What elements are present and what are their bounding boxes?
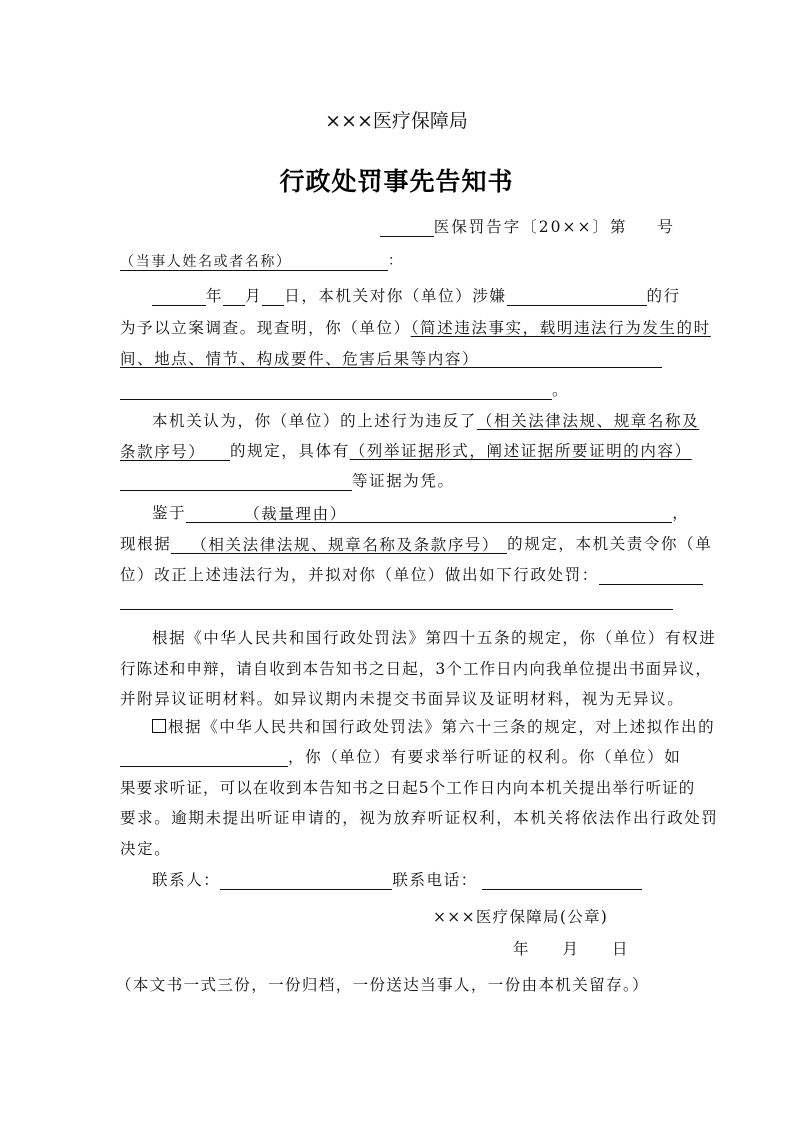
facts-hint[interactable]: （简述违法事实，载明违法行为发生的时 — [411, 319, 711, 337]
para3-line4 — [120, 590, 675, 610]
para4-text2: 行陈述和申辩，请自收到本告知书之日起，3个工作日内向我单位提出书面异议， — [120, 660, 712, 678]
para5-line1: 根据《中华人民共和国行政处罚法》第六十三条的规定，对上述拟作出的 — [120, 717, 675, 737]
doc-number-text: 医保罚告字〔20××〕第 — [434, 218, 628, 236]
penalty-field[interactable] — [599, 567, 703, 585]
para4-text3: 并附异议证明材料。如异议期内未提交书面异议及证明材料，视为无异议。 — [120, 690, 684, 708]
para4-line2: 行陈述和申辩，请自收到本告知书之日起，3个工作日内向我单位提出书面异议， — [120, 659, 675, 679]
para2-end: 等证据为凭。 — [352, 472, 455, 490]
document-number-line: 医保罚告字〔20××〕第号 — [120, 217, 675, 237]
para1-end: 的行 — [647, 287, 681, 305]
signature-date: 年月日 — [513, 937, 628, 959]
para1-line4: 。 — [120, 380, 675, 400]
proposed-penalty-field[interactable] — [120, 749, 288, 767]
addressee-placeholder: （当事人姓名或者名称） — [120, 254, 292, 270]
legal-basis-field[interactable]: （相关法律法规、规章名称及条款序号） — [171, 535, 507, 554]
discretion-reason-field[interactable]: （裁量理由） — [186, 504, 672, 523]
para5-line3: 果要求听证，可以在收到本告知书之日起5个工作日内向本机关提出举行听证的 — [120, 778, 675, 798]
filing-day-blank[interactable] — [262, 288, 284, 306]
para2-line2: 条款序号）的规定，具体有（列举证据形式，阐述证据所要证明的内容） — [120, 441, 675, 461]
para1-line3: 间、地点、情节、构成要件、危害后果等内容） — [120, 348, 675, 368]
discretion-reason-hint: （裁量理由） — [244, 505, 347, 523]
facts-hint-cont: 间、地点、情节、构成要件、危害后果等内容） — [120, 350, 479, 368]
para5-line2: ，你（单位）有要求举行听证的权利。你（单位）如 — [120, 747, 675, 767]
para3-line1: 鉴于（裁量理由）， — [120, 503, 675, 523]
year-label: 年 — [206, 287, 223, 305]
facts-field-line3[interactable]: 间、地点、情节、构成要件、危害后果等内容） — [120, 349, 662, 368]
para4-text1: 根据《中华人民共和国行政处罚法》第四十五条的规定，你（单位）有权进 — [152, 629, 716, 647]
addressee-field[interactable]: （当事人姓名或者名称） — [120, 252, 388, 271]
para4-line1: 根据《中华人民共和国行政处罚法》第四十五条的规定，你（单位）有权进 — [120, 628, 675, 648]
doc-number-prefix-blank[interactable] — [380, 219, 434, 237]
para2-line1: 本机关认为，你（单位）的上述行为违反了（相关法律法规、规章名称及 — [120, 411, 675, 431]
contact-person-label: 联系人： — [152, 871, 220, 889]
para2-mid-text: 的规定，具体有 — [230, 442, 350, 460]
para1-line1: 年月日，本机关对你（单位）涉嫌的行 — [120, 286, 675, 306]
period: 。 — [552, 381, 569, 399]
violated-law-hint-cont: 条款序号） — [120, 443, 206, 461]
addressee-colon: ： — [388, 253, 404, 269]
para5-line4: 要求。逾期未提出听证申请的，视为放弃听证权利，本机关将依法作出行政处罚 — [120, 808, 675, 828]
filing-year-blank[interactable] — [152, 288, 206, 306]
contact-person-field[interactable] — [220, 872, 392, 890]
document-page: ×××医疗保障局 行政处罚事先告知书 医保罚告字〔20××〕第号 （当事人姓名或… — [0, 0, 793, 1122]
violated-law-hint[interactable]: （相关法律法规、规章名称及 — [477, 412, 699, 430]
addressee-line: （当事人姓名或者名称）： — [120, 251, 675, 271]
evidence-field[interactable] — [120, 473, 352, 491]
para1-line2: 为予以立案调查。现查明，你（单位）（简述违法事实，载明违法行为发生的时 — [120, 318, 675, 338]
facts-field-line4[interactable] — [120, 382, 552, 400]
para5-text4: 要求。逾期未提出听证申请的，视为放弃听证权利，本机关将依法作出行政处罚 — [120, 809, 719, 827]
agency-heading: ×××医疗保障局 — [0, 106, 793, 133]
document-title: 行政处罚事先告知书 — [0, 162, 793, 198]
para5-text3: 果要求听证，可以在收到本告知书之日起5个工作日内向本机关提出举行听证的 — [120, 779, 695, 797]
para5-line5: 决定。 — [120, 839, 675, 859]
comma: ， — [672, 504, 689, 522]
contact-phone-label: 联系电话： — [392, 871, 478, 889]
violated-law-field[interactable]: 条款序号） — [120, 442, 230, 461]
doc-number-suffix: 号 — [657, 218, 675, 236]
filing-month-blank[interactable] — [223, 288, 245, 306]
para3-line2: 现根据（相关法律法规、规章名称及条款序号）的规定，本机关责令你（单 — [120, 534, 675, 554]
para4-line3: 并附异议证明材料。如异议期内未提交书面异议及证明材料，视为无异议。 — [120, 689, 675, 709]
para3-prefix: 鉴于 — [152, 504, 186, 522]
evidence-hint[interactable]: （列举证据形式，阐述证据所要证明的内容） — [350, 442, 692, 460]
seal-line: ×××医疗保障局(公章) — [433, 905, 608, 927]
hearing-checkbox[interactable] — [152, 719, 166, 733]
para3-line2-rest: 的规定，本机关责令你（单 — [507, 535, 712, 553]
contact-phone-field[interactable] — [482, 872, 642, 890]
legal-basis-hint: （相关法律法规、规章名称及条款序号） — [191, 536, 499, 554]
date-month-label: 月 — [563, 940, 579, 958]
para5-text5: 决定。 — [120, 840, 171, 858]
date-year-label: 年 — [513, 940, 529, 958]
para2-text: 本机关认为，你（单位）的上述行为违反了 — [152, 412, 477, 430]
para2-line3: 等证据为凭。 — [120, 471, 675, 491]
para1-text: 日，本机关对你（单位）涉嫌 — [284, 287, 506, 305]
para3-line3: 位）改正上述违法行为，并拟对你（单位）做出如下行政处罚： — [120, 565, 675, 585]
suspected-violation-blank[interactable] — [507, 288, 647, 306]
para5-text2: ，你（单位）有要求举行听证的权利。你（单位）如 — [288, 748, 681, 766]
footnote: （本文书一式三份，一份归档，一份送达当事人，一份由本机关留存。） — [116, 973, 649, 995]
para3-line3-text: 位）改正上述违法行为，并拟对你（单位）做出如下行政处罚： — [120, 566, 599, 584]
para3-line2-prefix: 现根据 — [120, 535, 171, 553]
date-day-label: 日 — [612, 940, 628, 958]
month-label: 月 — [245, 287, 262, 305]
penalty-field-cont[interactable] — [120, 592, 673, 610]
contact-line: 联系人：联系电话： — [120, 870, 675, 890]
para5-text1: 根据《中华人民共和国行政处罚法》第六十三条的规定，对上述拟作出的 — [168, 718, 715, 736]
para1-line2-text: 为予以立案调查。现查明，你（单位） — [120, 319, 411, 337]
